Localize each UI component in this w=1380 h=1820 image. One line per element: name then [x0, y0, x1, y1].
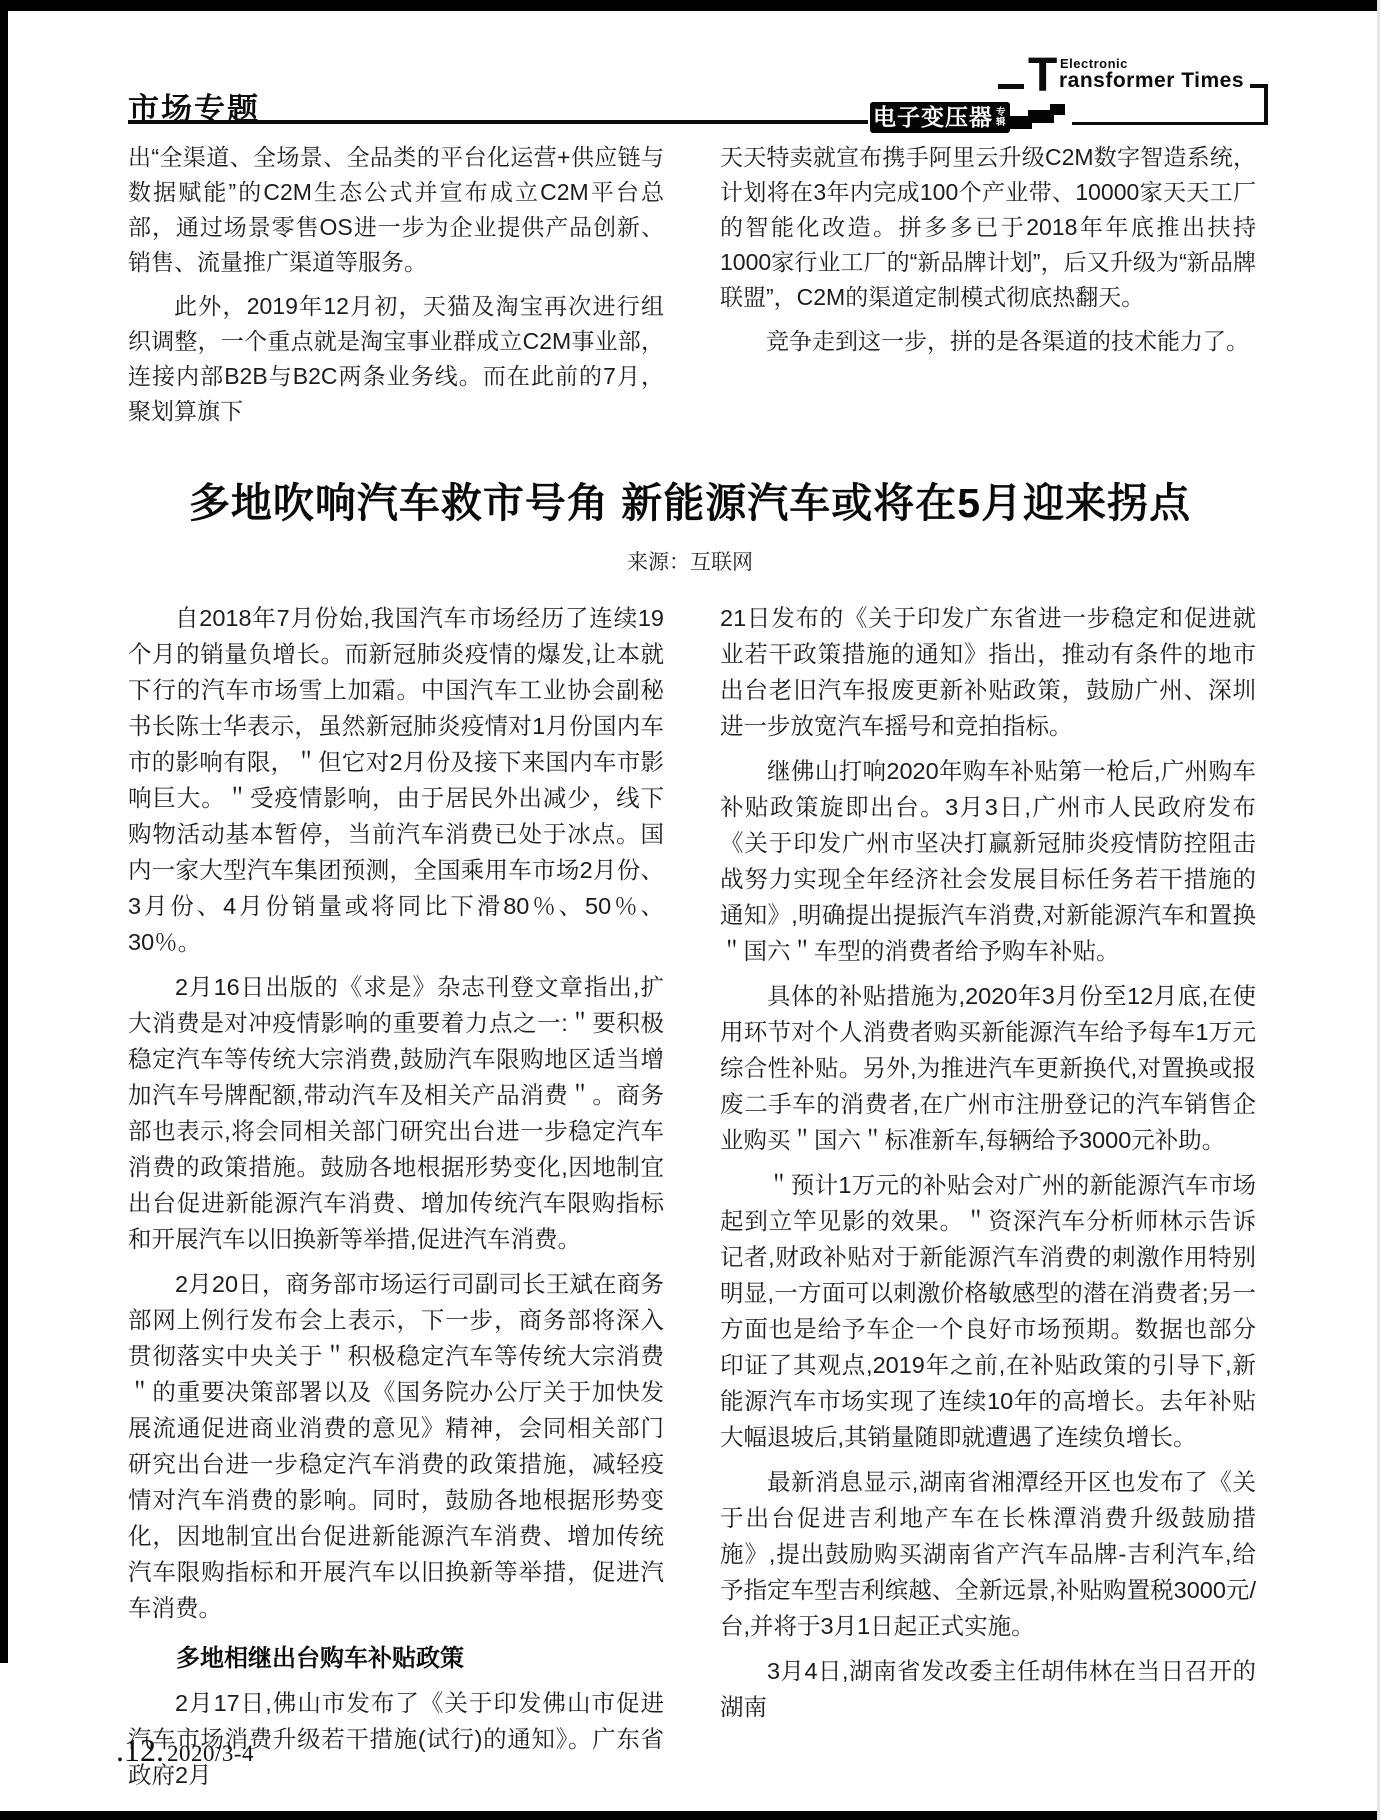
page-number: .12. — [116, 1732, 164, 1769]
magazine-page: 市场专题 电子变压器 专辑 T Electronic ransformer Ti… — [0, 0, 1380, 1820]
masthead-cn-logo-text: 电子变压器 — [873, 106, 993, 129]
top-article: 出“全渠道、全场景、全品类的平台化运营+供应链与数据赋能”的C2M生态公式并宣布… — [128, 140, 1256, 438]
paragraph: 自2018年7月份始,我国汽车市场经历了连续19个月的销量负增长。而新冠肺炎疫情… — [128, 600, 664, 960]
paragraph: ＂预计1万元的补贴会对广州的新能源汽车市场起到立竿见影的效果。＂资深汽车分析师林… — [720, 1167, 1256, 1455]
page-footer: .12. 2020/3-4 — [116, 1732, 254, 1769]
page-border-top — [0, 0, 1380, 11]
paragraph: 3月4日,湖南省发改委主任胡伟林在当日召开的湖南 — [720, 1653, 1256, 1725]
top-article-right-column: 天天特卖就宣布携手阿里云升级C2M数字智造系统，计划将在3年内完成100个产业带… — [720, 140, 1256, 438]
paragraph: 2月16日出版的《求是》杂志刊登文章指出,扩大消费是对冲疫情影响的重要着力点之一… — [128, 969, 664, 1257]
masthead-en-dash — [998, 84, 1024, 89]
paragraph: 继佛山打响2020年购车补贴第一枪后,广州购车补贴政策旋即出台。3月3日,广州市… — [720, 753, 1256, 969]
article-headline: 多地吹响汽车救市号角 新能源汽车或将在5月迎来拐点 — [64, 470, 1316, 529]
main-article-left-column: 自2018年7月份始,我国汽车市场经历了连续19个月的销量负增长。而新冠肺炎疫情… — [128, 600, 664, 1802]
paragraph: 具体的补贴措施为,2020年3月份至12月底,在使用环节对个人消费者购买新能源汽… — [720, 978, 1256, 1158]
paragraph: 天天特卖就宣布携手阿里云升级C2M数字智造系统，计划将在3年内完成100个产业带… — [720, 140, 1256, 315]
paragraph: 最新消息显示,湖南省湘潭经开区也发布了《关于出台促进吉利地产车在长株潭消费升级鼓… — [720, 1464, 1256, 1644]
page-border-bottom — [0, 1811, 1380, 1820]
top-article-left-column: 出“全渠道、全场景、全品类的平台化运营+供应链与数据赋能”的C2M生态公式并宣布… — [128, 140, 664, 438]
masthead-cn-logo: 电子变压器 专辑 — [870, 102, 1010, 133]
header-rule — [128, 120, 868, 124]
masthead-cn-logo-subscript: 专辑 — [996, 108, 1007, 128]
article-source: 来源：互联网 — [64, 546, 1316, 576]
issue-label: 2020/3-4 — [167, 1741, 254, 1767]
page-border-left — [0, 0, 8, 1663]
masthead-bracket-line — [1072, 122, 1268, 125]
paragraph: 21日发布的《关于印发广东省进一步稳定和促进就业若干政策措施的通知》指出，推动有… — [720, 600, 1256, 744]
masthead-bracket-line — [1264, 84, 1268, 125]
masthead-en-logo-t: T — [1028, 52, 1057, 100]
masthead-stair-step — [1050, 104, 1065, 115]
paragraph: 出“全渠道、全场景、全品类的平台化运营+供应链与数据赋能”的C2M生态公式并宣布… — [128, 140, 664, 280]
paragraph: 竞争走到这一步，拼的是各渠道的技术能力了。 — [720, 324, 1256, 359]
main-article-right-column: 21日发布的《关于印发广东省进一步稳定和促进就业若干政策措施的通知》指出，推动有… — [720, 600, 1256, 1802]
article-subheading: 多地相继出台购车补贴政策 — [128, 1638, 664, 1673]
main-article: 自2018年7月份始,我国汽车市场经历了连续19个月的销量负增长。而新冠肺炎疫情… — [128, 600, 1256, 1802]
paragraph: 2月20日，商务部市场运行司副司长王斌在商务部网上例行发布会上表示，下一步，商务… — [128, 1266, 664, 1626]
masthead-en-logo-transformer-times: ransformer Times — [1059, 69, 1244, 93]
paragraph: 此外，2019年12月初，天猫及淘宝再次进行组织调整，一个重点就是淘宝事业群成立… — [128, 289, 664, 429]
